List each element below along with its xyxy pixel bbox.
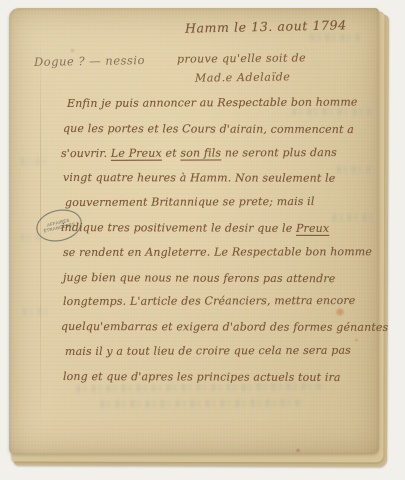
letter-line: long et que d'apres les principes actuel…: [63, 365, 369, 391]
letter-line: s'ouvrir. Le Preux et son fils ne seront…: [61, 141, 369, 167]
letter-line: longtemps. L'article des Créanciers, met…: [63, 289, 369, 315]
paper-stain: [295, 448, 301, 453]
letter-line: quelqu'embarras et exigera d'abord des f…: [61, 315, 369, 341]
letter-line: gouvernement Britannique se prete; mais …: [65, 190, 369, 216]
margin-annotation: Dogue ? — nessio: [34, 53, 145, 69]
archive-stamp-text: AFFAIRES ÉTRANGÈRES: [39, 217, 78, 235]
bleedthrough-mark: [305, 34, 363, 41]
paper-stain: [69, 48, 76, 53]
letter-line: se rendent en Angleterre. Le Respectable…: [63, 240, 369, 266]
letter-line: que les portes et les Cours d'airain, co…: [63, 117, 369, 143]
scan-background: Hamm le 13. aout 1794 Dogue ? — nessio p…: [0, 0, 405, 480]
letter-line: indique tres positivement le desir que l…: [61, 216, 369, 242]
letter-opening-line: prouve qu'elle soit de: [177, 51, 306, 65]
letter-line: Enfin je puis annoncer au Respectable bo…: [67, 90, 369, 116]
bleedthrough-mark: [17, 308, 51, 315]
letter-body: Enfin je puis annoncer au Respectable bo…: [61, 92, 369, 390]
letter-line: juge bien que nous ne nous ferons pas at…: [63, 266, 369, 292]
letter-dateline: Hamm le 13. aout 1794: [185, 17, 347, 35]
letter-recipient: Mad.e Adelaïde: [195, 70, 291, 84]
bleedthrough-mark: [15, 158, 49, 165]
letter-line: vingt quatre heures à Hamm. Non seulemen…: [63, 166, 369, 192]
bleedthrough-mark: [95, 399, 300, 407]
letter-line: mais il y a tout lieu de croire que cela…: [65, 339, 369, 365]
letter-page: Hamm le 13. aout 1794 Dogue ? — nessio p…: [9, 8, 379, 454]
